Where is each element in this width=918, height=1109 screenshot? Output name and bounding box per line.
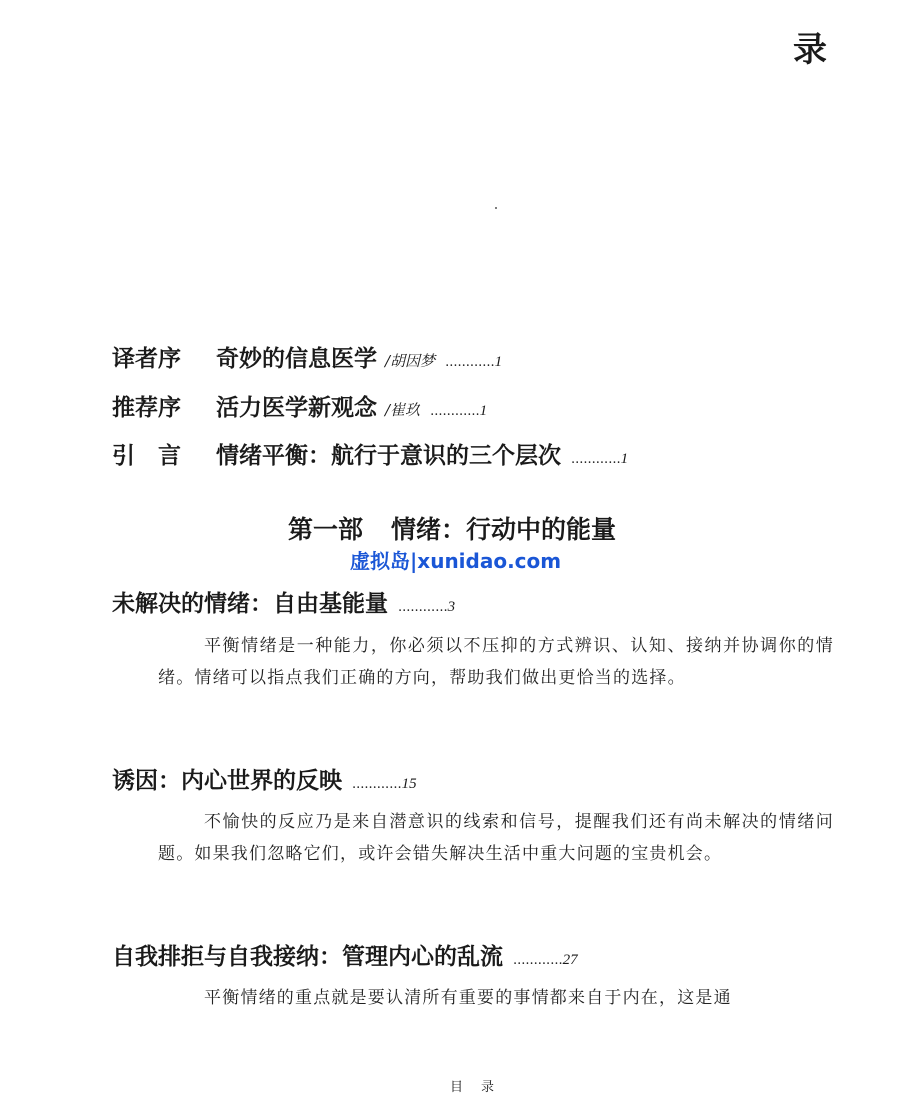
page-number: 27 — [563, 952, 578, 968]
dot-leader: ............ — [352, 777, 402, 792]
entry-label: 译者序 — [112, 340, 216, 373]
toc-entry-translator-preface[interactable]: 译者序奇妙的信息医学/胡因梦............1 — [112, 340, 502, 373]
part-number: 第一部 — [288, 515, 363, 544]
toc-chapter-2[interactable]: 诱因：内心世界的反映............15 — [112, 762, 417, 795]
scan-speck — [495, 207, 497, 209]
toc-entry-recommend-preface[interactable]: 推荐序活力医学新观念/崔玖............1 — [112, 389, 487, 422]
toc-entry-introduction[interactable]: 引 言情绪平衡：航行于意识的三个层次............1 — [112, 437, 628, 470]
dot-leader: ............ — [571, 452, 621, 467]
page-number: 1 — [480, 403, 488, 419]
dot-leader: ............ — [398, 600, 448, 615]
chapter-summary: 平衡情绪是一种能力，你必须以不压抑的方式辨识、认知、接纳并协调你的情绪。情绪可以… — [158, 630, 834, 694]
page-corner-title: 录 — [793, 22, 827, 71]
dot-leader: ............ — [513, 953, 563, 968]
entry-author: /胡因梦 — [385, 352, 435, 370]
part-heading: 第一部情绪：行动中的能量 — [288, 510, 616, 546]
page-number: 15 — [402, 776, 417, 792]
watermark: 虚拟岛|xunidao.com — [350, 545, 561, 574]
page-number: 1 — [495, 354, 503, 370]
entry-label: 引 言 — [112, 437, 216, 470]
entry-title: 情绪平衡：航行于意识的三个层次 — [216, 442, 561, 469]
page-footer: 目录 — [450, 1076, 512, 1095]
entry-title: 奇妙的信息医学 — [216, 345, 377, 372]
toc-chapter-1[interactable]: 未解决的情绪：自由基能量............3 — [112, 585, 455, 618]
dot-leader: ............ — [430, 404, 480, 419]
entry-label: 推荐序 — [112, 389, 216, 422]
chapter-summary: 平衡情绪的重点就是要认清所有重要的事情都来自于内在，这是通 — [158, 982, 834, 1014]
entry-author: /崔玖 — [385, 401, 420, 419]
part-title: 情绪：行动中的能量 — [391, 515, 616, 544]
page-number: 1 — [621, 451, 629, 467]
chapter-summary: 不愉快的反应乃是来自潜意识的线索和信号，提醒我们还有尚未解决的情绪问题。如果我们… — [158, 806, 834, 870]
chapter-title: 未解决的情绪：自由基能量 — [112, 590, 388, 617]
dot-leader: ............ — [445, 355, 495, 370]
entry-title: 活力医学新观念 — [216, 394, 377, 421]
chapter-title: 自我排拒与自我接纳：管理内心的乱流 — [112, 943, 503, 970]
toc-chapter-3[interactable]: 自我排拒与自我接纳：管理内心的乱流............27 — [112, 938, 578, 971]
page-number: 3 — [448, 599, 456, 615]
chapter-title: 诱因：内心世界的反映 — [112, 767, 342, 794]
